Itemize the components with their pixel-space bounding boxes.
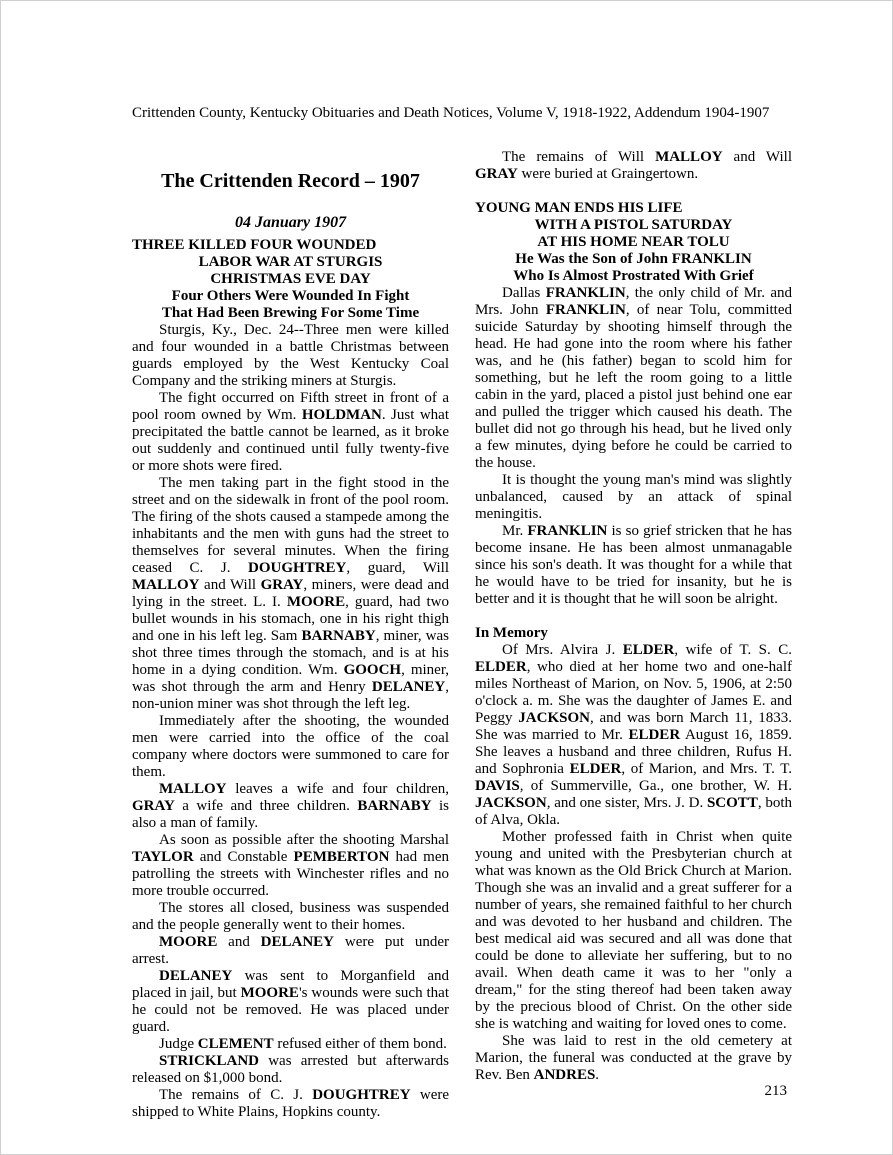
- date-heading: 04 January 1907: [132, 214, 449, 232]
- two-column-layout: The Crittenden Record – 1907 04 January …: [132, 149, 792, 1121]
- sturgis-article-body: Sturgis, Ky., Dec. 24--Three men were ki…: [132, 322, 449, 1121]
- headline-line: LABOR WAR AT STURGIS: [132, 254, 449, 271]
- paragraph: Sturgis, Ky., Dec. 24--Three men were ki…: [132, 322, 449, 390]
- paragraph: The remains of C. J. DOUGHTREY were ship…: [132, 1087, 449, 1121]
- headline-line: YOUNG MAN ENDS HIS LIFE: [475, 200, 792, 217]
- paragraph: She was laid to rest in the old cemetery…: [475, 1033, 792, 1084]
- paragraph: The stores all closed, business was susp…: [132, 900, 449, 934]
- left-column: The Crittenden Record – 1907 04 January …: [132, 149, 449, 1121]
- headline-line: CHRISTMAS EVE DAY: [132, 271, 449, 288]
- burial-note: The remains of Will MALLOY and Will GRAY…: [475, 149, 792, 183]
- paragraph: Mr. FRANKLIN is so grief stricken that h…: [475, 523, 792, 608]
- paragraph: It is thought the young man's mind was s…: [475, 472, 792, 523]
- sturgis-headline: THREE KILLED FOUR WOUNDED LABOR WAR AT S…: [132, 237, 449, 322]
- elder-article-body: Of Mrs. Alvira J. ELDER, wife of T. S. C…: [475, 642, 792, 1084]
- paragraph: MOORE and DELANEY were put under arrest.: [132, 934, 449, 968]
- page-number: 213: [765, 1083, 788, 1100]
- paragraph: The fight occurred on Fifth street in fr…: [132, 390, 449, 475]
- paragraph: Judge CLEMENT refused either of them bon…: [132, 1036, 449, 1053]
- headline-line: Four Others Were Wounded In Fight: [132, 288, 449, 305]
- right-column: The remains of Will MALLOY and Will GRAY…: [475, 149, 792, 1121]
- headline-line: That Had Been Brewing For Some Time: [132, 305, 449, 322]
- franklin-headline: YOUNG MAN ENDS HIS LIFE WITH A PISTOL SA…: [475, 200, 792, 285]
- headline-line: He Was the Son of John FRANKLIN: [475, 251, 792, 268]
- paragraph: Of Mrs. Alvira J. ELDER, wife of T. S. C…: [475, 642, 792, 829]
- headline-line: THREE KILLED FOUR WOUNDED: [132, 237, 449, 254]
- paragraph: Dallas FRANKLIN, the only child of Mr. a…: [475, 285, 792, 472]
- headline-line: WITH A PISTOL SATURDAY: [475, 217, 792, 234]
- paragraph: Immediately after the shooting, the woun…: [132, 713, 449, 781]
- paragraph: Mother professed faith in Christ when qu…: [475, 829, 792, 1033]
- paragraph: As soon as possible after the shooting M…: [132, 832, 449, 900]
- running-header: Crittenden County, Kentucky Obituaries a…: [132, 105, 792, 122]
- headline-line: AT HIS HOME NEAR TOLU: [475, 234, 792, 251]
- paragraph: MALLOY leaves a wife and four children, …: [132, 781, 449, 832]
- paragraph: STRICKLAND was arrested but afterwards r…: [132, 1053, 449, 1087]
- section-title: The Crittenden Record – 1907: [132, 169, 449, 193]
- paragraph: The men taking part in the fight stood i…: [132, 475, 449, 713]
- paragraph: DELANEY was sent to Morganfield and plac…: [132, 968, 449, 1036]
- document-page: Crittenden County, Kentucky Obituaries a…: [0, 0, 893, 1155]
- headline-line: Who Is Almost Prostrated With Grief: [475, 268, 792, 285]
- franklin-article-body: Dallas FRANKLIN, the only child of Mr. a…: [475, 285, 792, 608]
- in-memory-heading: In Memory: [475, 625, 792, 642]
